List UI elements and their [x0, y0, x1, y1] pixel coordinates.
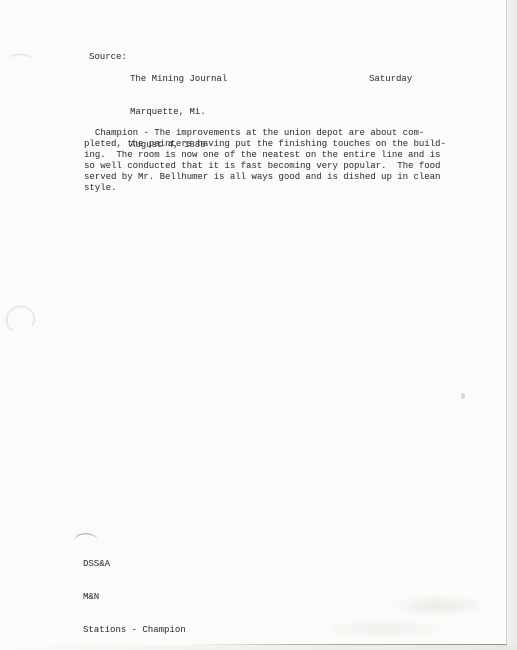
source-location: Marquette, Mi. — [130, 107, 227, 118]
page-bottom-edge — [190, 644, 507, 645]
hole-punch-mark-top — [8, 53, 35, 68]
page-bottom-background — [0, 645, 517, 650]
page-right-edge — [507, 0, 517, 650]
weekday-label: Saturday — [369, 74, 412, 85]
index-subject: Stations - Champion — [83, 625, 186, 636]
article-text: Champion - The improvements at the union… — [84, 128, 464, 194]
index-notations: DSS&A M&N Stations - Champion — [83, 537, 186, 650]
scanned-page: Source: The Mining Journal Marquette, Mi… — [0, 0, 507, 645]
source-publication: The Mining Journal — [130, 74, 227, 85]
index-line: M&N — [83, 592, 186, 603]
hole-punch-mark-middle — [3, 303, 38, 336]
scanner-shadow-smudge — [330, 590, 510, 642]
index-railroad: DSS&A — [83, 559, 186, 570]
source-label: Source: — [89, 52, 127, 63]
smudge-mark — [461, 393, 465, 399]
